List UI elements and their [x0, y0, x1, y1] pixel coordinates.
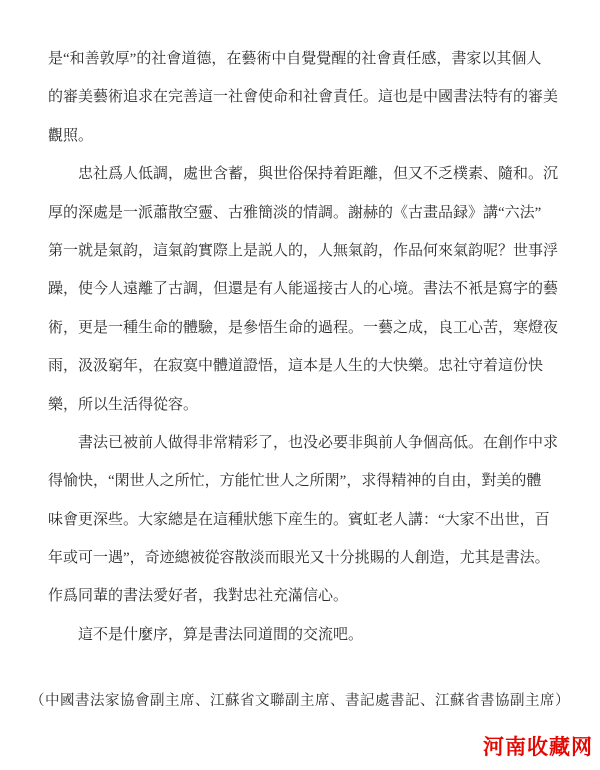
text-line: 是“和善敦厚”的社會道德，在藝術中自覺覺醒的社會責任感，書家以其個人 [48, 40, 558, 78]
text-line: 作爲同輩的書法愛好者，我對忠社充滿信心。 [48, 577, 558, 615]
text-line: 厚的深處是一派蕭散空靈、古雅簡淡的情調。謝赫的《古畫品録》講“六法” [48, 194, 558, 232]
text-line: 觀照。 [48, 117, 558, 155]
text-line: 樂，所以生活得從容。 [48, 386, 558, 424]
text-line: 術，更是一種生命的體驗，是參悟生命的過程。一藝之成，良工心苦，寒燈夜 [48, 309, 558, 347]
text-line: 味會更深些。大家總是在這種狀態下産生的。賓虹老人講：“大家不出世，百 [48, 501, 558, 539]
text-line: 雨，汲汲窮年，在寂寞中體道證悟，這本是人生的大快樂。忠社守着這份快 [48, 347, 558, 385]
document-body: 是“和善敦厚”的社會道德，在藝術中自覺覺醒的社會責任感，書家以其個人的審美藝術追… [48, 40, 558, 654]
watermark: 河南收藏网 [483, 735, 593, 761]
credit-line: （中國書法家協會副主席、江蘇省文聯副主席、書記處書記、江蘇省書協副主席） [0, 690, 600, 712]
text-line: 忠社爲人低調，處世含蓄，與世俗保持着距離，但又不乏樸素、隨和。沉 [48, 155, 558, 193]
text-line: 躁，使今人遠離了古調，但還是有人能遥接古人的心境。書法不衹是寫字的藝 [48, 270, 558, 308]
text-line: 得愉快，“閑世人之所忙，方能忙世人之所閑”，求得精神的自由，對美的體 [48, 462, 558, 500]
document-page: 是“和善敦厚”的社會道德，在藝術中自覺覺醒的社會責任感，書家以其個人的審美藝術追… [0, 0, 600, 770]
text-line: 第一就是氣韵，這氣韵實際上是説人的，人無氣韵，作品何來氣韵呢？世事浮 [48, 232, 558, 270]
text-line: 年或可一遇”，奇迹總被從容散淡而眼光又十分挑賜的人創造，尤其是書法。 [48, 539, 558, 577]
text-line: 書法已被前人做得非常精彩了，也没必要非與前人争個高低。在創作中求 [48, 424, 558, 462]
text-line: 這不是什麼序，算是書法同道間的交流吧。 [48, 616, 558, 654]
text-line: 的審美藝術追求在完善這一社會使命和社會責任。這也是中國書法特有的審美 [48, 78, 558, 116]
